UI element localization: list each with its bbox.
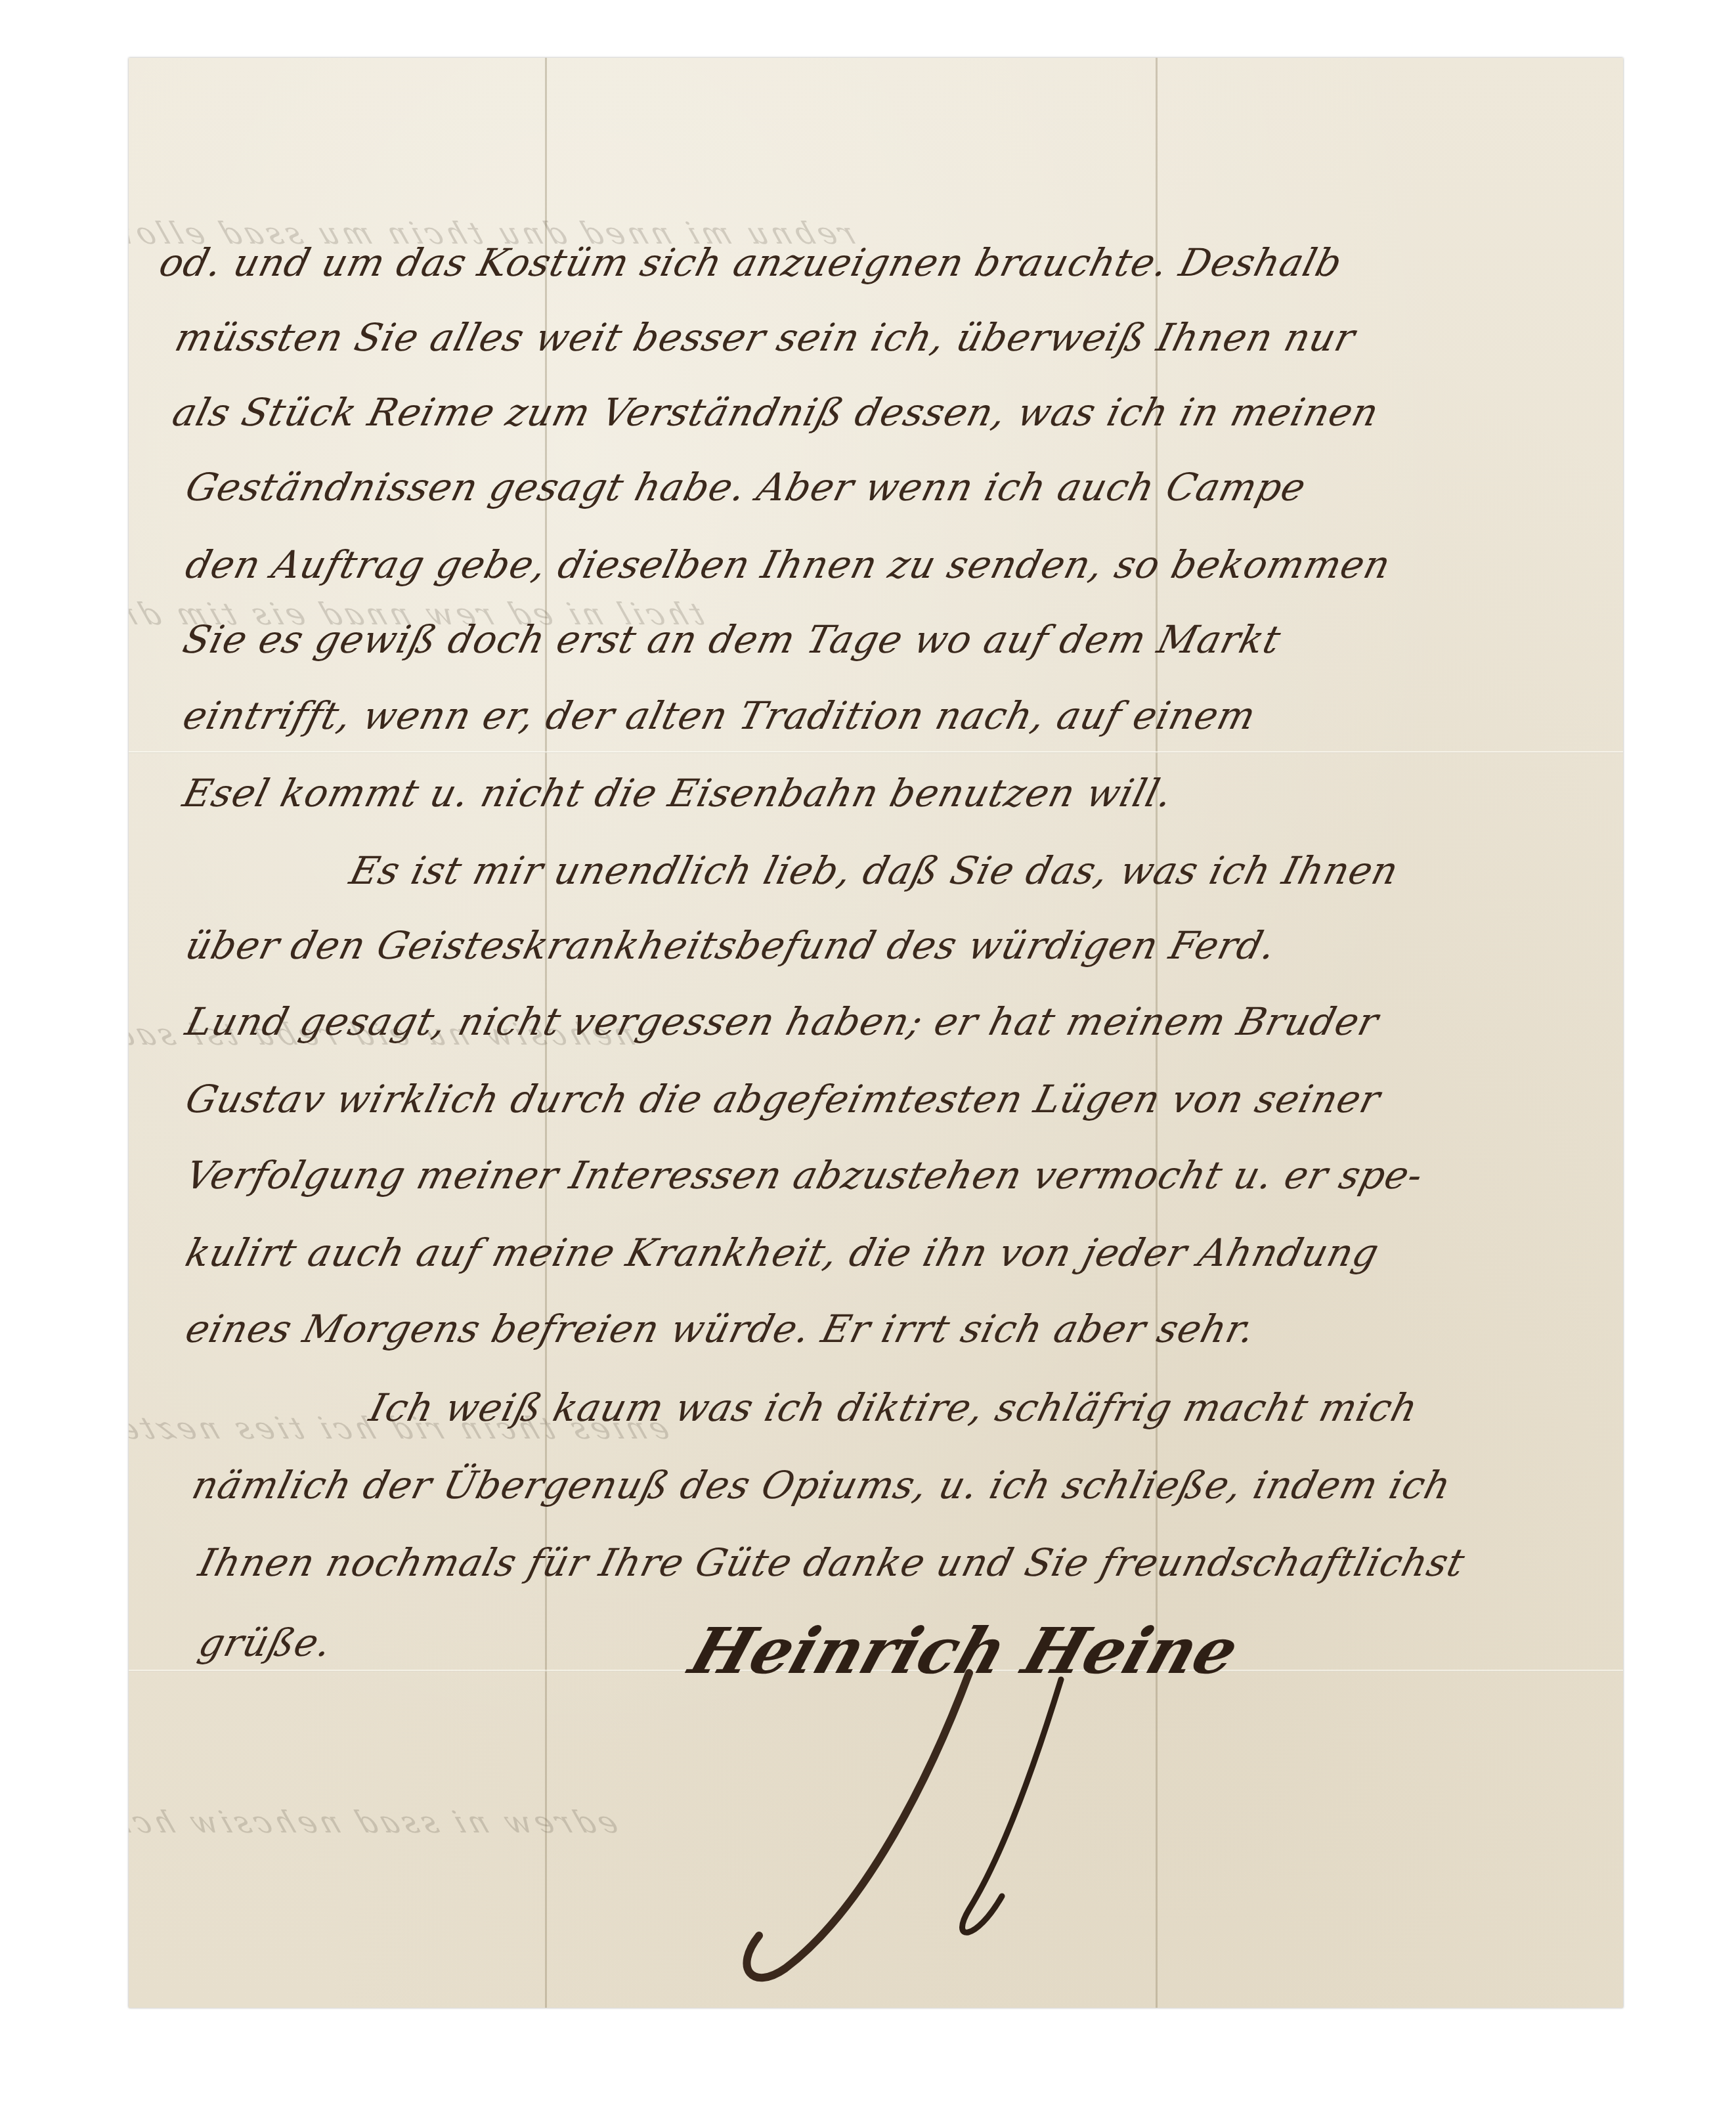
letter-line-4: Geständnissen gesagt habe. Aber wenn ich…: [181, 465, 1311, 509]
reverse-side-bleed: edrew ni ssad nehcsiw hci: [129, 1804, 622, 1840]
letter-line-1: od. und um das Kostüm sich anzueignen br…: [155, 240, 1347, 285]
letter-line-9: Es ist mir unendlich lieb, daß Sie das, …: [345, 848, 1403, 893]
letter-line-18: Ihnen nochmals für Ihre Güte danke und S…: [194, 1540, 1469, 1585]
horizontal-fold-upper: [129, 751, 1623, 753]
letter-line-15: eines Morgens befreien würde. Er irrt si…: [181, 1307, 1260, 1351]
letter-line-19: grüße.: [194, 1620, 337, 1665]
letter-line-17: nämlich der Übergenuß des Opiums, u. ich…: [188, 1463, 1456, 1507]
letter-line-8: Esel kommt u. nicht die Eisenbahn benutz…: [179, 771, 1177, 815]
letter-line-12: Gustav wirklich durch die abgefeimtesten…: [181, 1077, 1385, 1121]
letter-page: rebnu mi nned dnu thcin mu ssad ellow th…: [129, 58, 1623, 2008]
letter-line-16: Ich weiß kaum was ich diktire, schläfrig…: [365, 1385, 1423, 1430]
letter-line-3: als Stück Reime zum Verständniß dessen, …: [168, 390, 1383, 435]
letter-line-13: Verfolgung meiner Interessen abzustehen …: [181, 1153, 1428, 1198]
letter-line-10: über den Geisteskrankheitsbefund des wür…: [181, 923, 1281, 968]
letter-line-14: kulirt auch auf meine Krankheit, die ihn…: [181, 1230, 1384, 1275]
letter-line-6: Sie es gewiß doch erst an dem Tage wo au…: [179, 617, 1286, 662]
letter-line-2: müssten Sie alles weit besser sein ich, …: [171, 315, 1360, 360]
signature-flourish: [693, 1660, 1153, 2001]
letter-line-7: eintrifft, wenn er, der alten Tradition …: [179, 693, 1261, 738]
letter-line-11: Lund gesagt, nicht vergessen haben; er h…: [181, 999, 1383, 1044]
letter-line-5: den Auftrag gebe, dieselben Ihnen zu sen…: [181, 542, 1395, 587]
